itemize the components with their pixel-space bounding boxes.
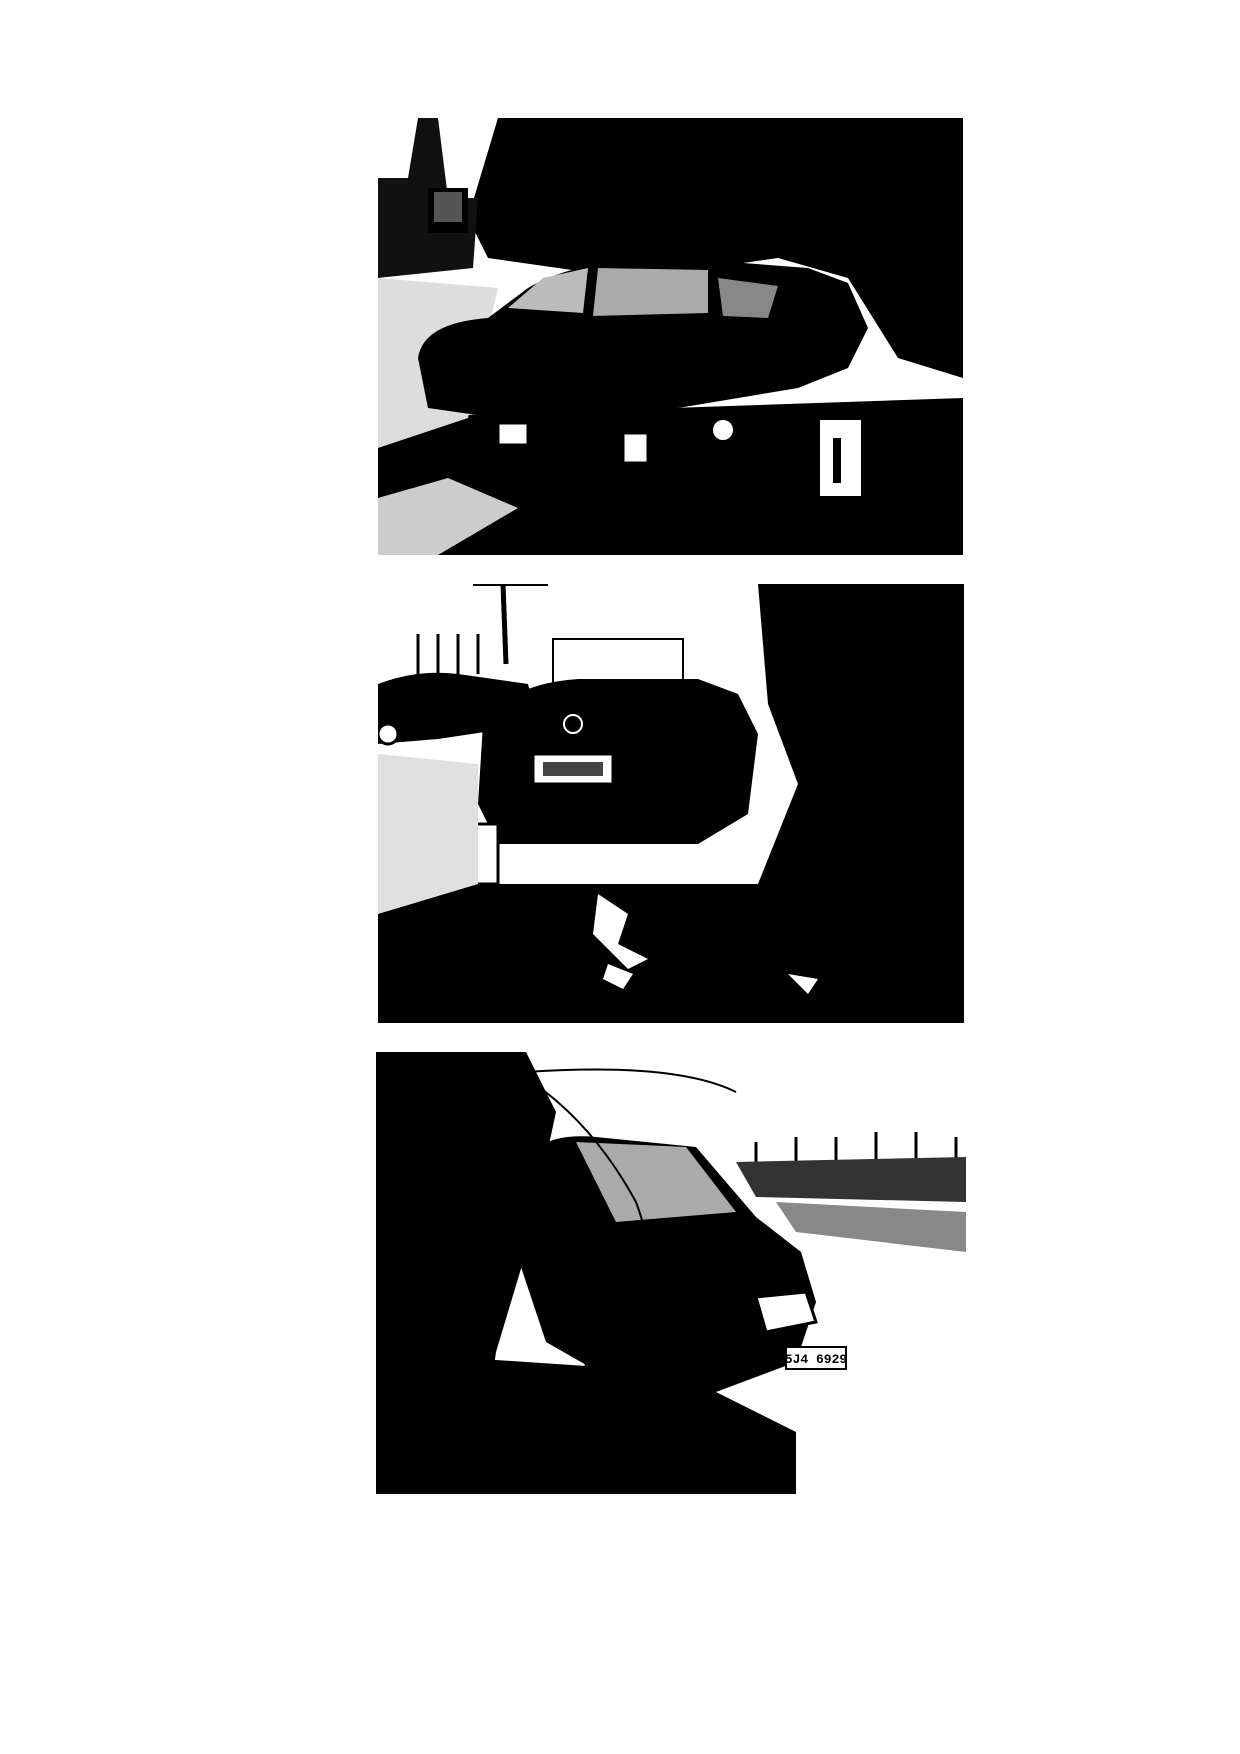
car-side-icon — [378, 118, 963, 555]
car-front-icon: 5J4 6929 — [376, 1052, 966, 1494]
license-plate-text: 5J4 6929 — [785, 1352, 848, 1367]
car-rear-icon — [378, 584, 964, 1023]
photo-car-front-view: 5J4 6929 — [376, 1052, 966, 1494]
photo-car-rear-view — [378, 584, 964, 1023]
photo-car-side-view — [378, 118, 963, 555]
